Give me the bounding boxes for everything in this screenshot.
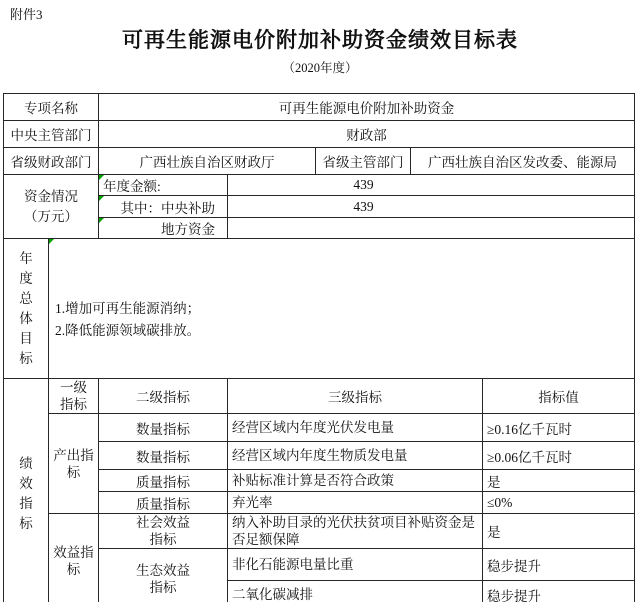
document-subtitle: （2020年度）: [0, 58, 640, 76]
level3-cell: 二氧化碳减排: [228, 581, 483, 602]
level3-cell: 经营区域内年度生物质发电量: [228, 442, 483, 470]
funding-section-label-cell: 资金情况 （万元）: [4, 175, 99, 239]
table-row: 地方资金: [4, 218, 635, 239]
central-dept-value-cell: 财政部: [99, 121, 635, 148]
table-row: 年 度 总 体 目 标 1.增加可再生能源消纳； 2.降低能源领域碳排放。: [4, 239, 635, 379]
central-subsidy-label: 其中：中央补助: [121, 201, 216, 216]
table-row: 省级财政部门 广西壮族自治区财政厅 省级主管部门 广西壮族自治区发改委、能源局: [4, 148, 635, 175]
level3-cell: 补贴标准计算是否符合政策: [228, 470, 483, 492]
local-funds-label: 地方资金: [161, 222, 215, 237]
indicator-value-cell: ≥0.16亿千瓦时: [483, 414, 635, 442]
document-title: 可再生能源电价附加补助资金绩效目标表: [0, 24, 640, 54]
level2-header-cell: 二级指标: [99, 379, 228, 414]
indicator-value-cell: 是: [483, 514, 635, 549]
level3-cell: 弃光率: [228, 492, 483, 514]
annual-goal-text-cell: 1.增加可再生能源消纳； 2.降低能源领域碳排放。: [49, 239, 635, 379]
central-subsidy-value-cell: 439: [228, 196, 635, 218]
level2-cell: 数量指标: [99, 414, 228, 442]
benefit-indicator-group-cell: 效益指 标: [49, 514, 99, 602]
table-row: 资金情况 （万元） 年度金额: 439: [4, 175, 635, 196]
document-page: 附件3 可再生能源电价附加补助资金绩效目标表 （2020年度） 专项名称 可再生…: [0, 0, 640, 602]
provincial-finance-value-cell: 广西壮族自治区财政厅: [99, 148, 316, 175]
performance-target-table: 专项名称 可再生能源电价附加补助资金 中央主管部门 财政部 省级财政部门 广西壮…: [3, 93, 635, 602]
table-row: 其中：中央补助 439: [4, 196, 635, 218]
table-row: 数量指标 经营区域内年度生物质发电量 ≥0.06亿千瓦时: [4, 442, 635, 470]
annual-goal-text: 1.增加可再生能源消纳； 2.降低能源领域碳排放。: [55, 301, 200, 338]
attachment-label: 附件3: [10, 4, 43, 23]
provincial-admin-value-cell: 广西壮族自治区发改委、能源局: [411, 148, 635, 175]
level3-header-cell: 三级指标: [228, 379, 483, 414]
provincial-finance-label-cell: 省级财政部门: [4, 148, 99, 175]
central-subsidy-label-cell: 其中：中央补助: [99, 196, 228, 218]
level3-cell: 非化石能源电量比重: [228, 549, 483, 581]
local-funds-value-cell: [228, 218, 635, 239]
indicator-value-cell: 是: [483, 470, 635, 492]
table-row: 专项名称 可再生能源电价附加补助资金: [4, 94, 635, 121]
project-name-value-cell: 可再生能源电价附加补助资金: [99, 94, 635, 121]
annual-amount-label: 年度金额:: [103, 179, 161, 194]
performance-section-label-cell: 绩 效 指 标: [4, 379, 49, 602]
table-row: 产出指 标 数量指标 经营区域内年度光伏发电量 ≥0.16亿千瓦时: [4, 414, 635, 442]
level2-cell: 质量指标: [99, 470, 228, 492]
annual-amount-label-cell: 年度金额:: [99, 175, 228, 196]
annual-goal-label-cell: 年 度 总 体 目 标: [4, 239, 49, 379]
green-corner-marker-icon: [99, 196, 104, 201]
table-row: 质量指标 弃光率 ≤0%: [4, 492, 635, 514]
green-corner-marker-icon: [99, 175, 104, 180]
table-row: 生态效益 指标 非化石能源电量比重 稳步提升: [4, 549, 635, 581]
project-name-label-cell: 专项名称: [4, 94, 99, 121]
annual-amount-value-cell: 439: [228, 175, 635, 196]
level2-cell: 社会效益 指标: [99, 514, 228, 549]
indicator-value-cell: ≥0.06亿千瓦时: [483, 442, 635, 470]
level2-cell: 生态效益 指标: [99, 549, 228, 602]
indicator-value-cell: 稳步提升: [483, 581, 635, 602]
level1-header-cell: 一级 指标: [49, 379, 99, 414]
table-row: 绩 效 指 标 一级 指标 二级指标 三级指标 指标值: [4, 379, 635, 414]
level2-cell: 质量指标: [99, 492, 228, 514]
level3-cell: 纳入补助目录的光伏扶贫项目补贴资金是否足额保障: [228, 514, 483, 549]
green-corner-marker-icon: [49, 239, 54, 244]
indicator-value-cell: 稳步提升: [483, 549, 635, 581]
local-funds-label-cell: 地方资金: [99, 218, 228, 239]
table-row: 中央主管部门 财政部: [4, 121, 635, 148]
level2-cell: 数量指标: [99, 442, 228, 470]
provincial-admin-label-cell: 省级主管部门: [316, 148, 411, 175]
indicator-value-cell: ≤0%: [483, 492, 635, 514]
level3-cell: 经营区域内年度光伏发电量: [228, 414, 483, 442]
central-dept-label-cell: 中央主管部门: [4, 121, 99, 148]
green-corner-marker-icon: [99, 218, 104, 223]
table-row: 质量指标 补贴标准计算是否符合政策 是: [4, 470, 635, 492]
value-header-cell: 指标值: [483, 379, 635, 414]
output-indicator-group-cell: 产出指 标: [49, 414, 99, 514]
table-row: 效益指 标 社会效益 指标 纳入补助目录的光伏扶贫项目补贴资金是否足额保障 是: [4, 514, 635, 549]
